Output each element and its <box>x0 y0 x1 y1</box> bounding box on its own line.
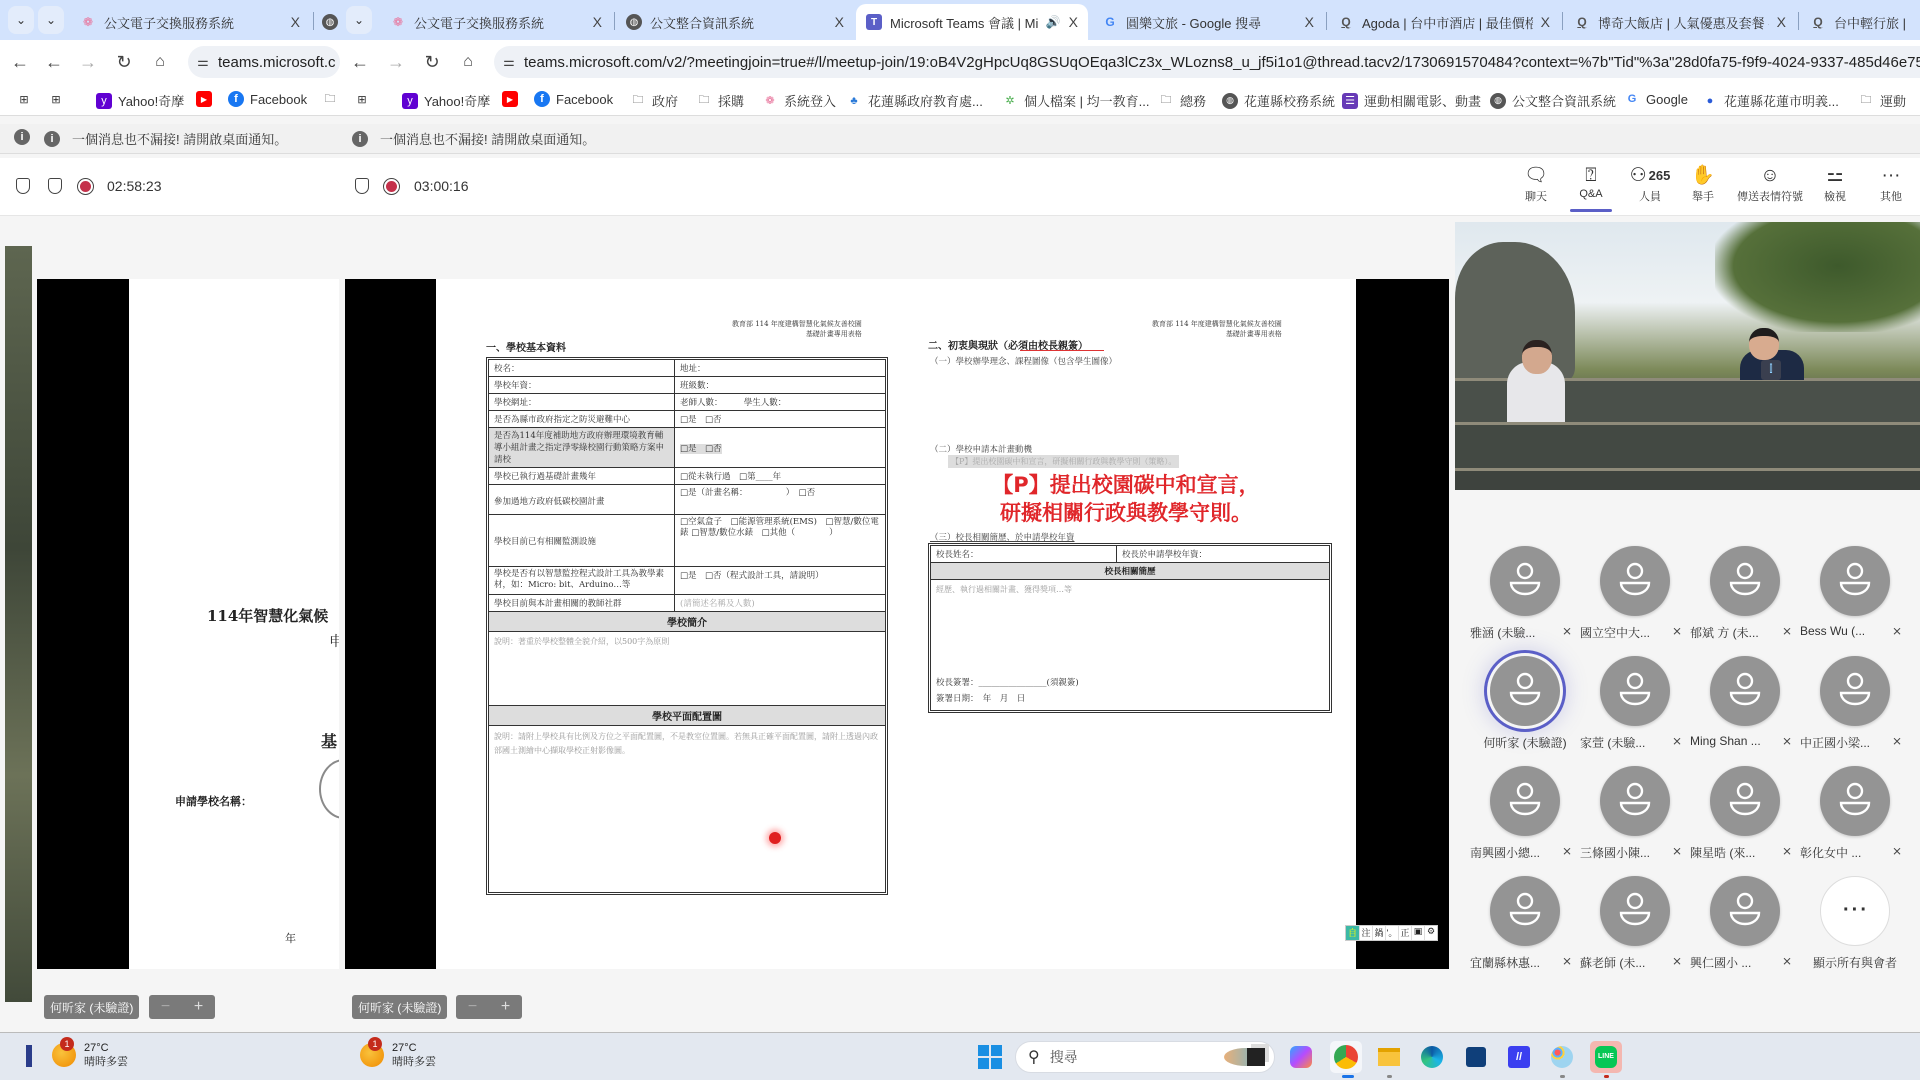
weather-icon: 1 <box>360 1043 384 1067</box>
avatar <box>1710 656 1780 726</box>
info-icon: i <box>352 131 368 147</box>
close-icon[interactable]: X <box>1305 14 1314 30</box>
chat-icon: 🗨 <box>1524 164 1548 188</box>
shield-icon <box>48 178 62 194</box>
more-icon[interactable]: ··· <box>1820 876 1890 946</box>
notification-bar: i i一個消息也不漏接! 請開啟桌面通知。 i一個消息也不漏接! 請開啟桌面通知… <box>0 124 1920 154</box>
participant-name: 何昕家 (未驗證) <box>1470 734 1580 751</box>
participant-name: 國立空中大... <box>1580 624 1670 641</box>
participant-tile[interactable]: 三條國小陳...⨯ <box>1580 766 1690 866</box>
back-button[interactable]: ← <box>42 50 66 74</box>
participant-tile[interactable]: Ming Shan ...⨯ <box>1690 656 1800 756</box>
site-info-icon[interactable]: ⚌ <box>188 54 218 70</box>
globe-icon: ◍ <box>322 14 338 30</box>
participant-tile[interactable]: 蘇老師 (未...⨯ <box>1580 876 1690 976</box>
emoji-icon: ☺ <box>1760 164 1779 188</box>
address-bar[interactable]: ⚌ teams.microsoft.com/v2/?meetingjoin=tr… <box>494 46 1920 78</box>
home-button[interactable]: ⌂ <box>148 50 172 74</box>
bookmark-school-system[interactable]: ◍花蓮縣校務系統 <box>1222 91 1335 110</box>
close-icon[interactable]: X <box>835 14 844 30</box>
edoc-icon: ❁ <box>762 93 778 109</box>
edge-icon[interactable] <box>1416 1041 1448 1073</box>
agoda-icon: Q <box>1574 14 1590 30</box>
participant-name: 郁斌 方 (未... <box>1690 624 1780 641</box>
mic-muted-icon: ⨯ <box>1892 844 1902 858</box>
meeting-toolbar: 02:58:23 03:00:16 🗨聊天 ⍰Q&A ⚇265人員 ✋舉手 ☺傳… <box>0 158 1920 216</box>
globe-icon: ◍ <box>626 14 642 30</box>
bookmark-edu[interactable]: ♣花蓮縣政府教育處... <box>846 91 983 110</box>
folder-icon: 🗀 <box>1158 93 1174 109</box>
mic-muted-icon: ⨯ <box>1562 954 1572 968</box>
avatar <box>1710 546 1780 616</box>
zoom-controls[interactable]: − + <box>149 995 215 1019</box>
cover-page: 114年智慧化氣候 申 基 申請學校名稱： 年 <box>129 279 339 969</box>
apps-icon[interactable]: ⊞ <box>354 91 376 107</box>
rock <box>1455 242 1575 382</box>
tab-search-button[interactable]: ⌄ <box>346 6 372 34</box>
forward-button[interactable]: → <box>384 50 408 74</box>
participant-name: 興仁國小 ... <box>1690 954 1780 971</box>
document-pages: 教育部 114 年度建構智慧化氣候友善校園基礎計畫專用表格 一、學校基本資料 校… <box>436 279 1356 969</box>
tab-agoda-3[interactable]: Q 台中輕行旅 | 人氣 <box>1800 4 1920 40</box>
zoom-controls[interactable]: − + <box>456 995 522 1019</box>
participant-tile[interactable]: 興仁國小 ...⨯ <box>1690 876 1800 976</box>
intro-header: 學校簡介 <box>489 612 885 632</box>
pine-tree <box>1715 222 1920 332</box>
shield-icon <box>16 178 30 194</box>
mic-muted-icon: ⨯ <box>1782 624 1792 638</box>
raise-hand-icon: ✋ <box>1691 164 1715 188</box>
meeting-timer: 02:58:23 <box>107 178 162 194</box>
participant-tile[interactable]: 彰化女中 ...⨯ <box>1800 766 1910 866</box>
close-icon[interactable]: X <box>1777 14 1786 30</box>
apps-icon[interactable]: ⊞ <box>16 91 38 107</box>
tab-teams[interactable]: T Microsoft Teams 會議 | Mi 🔊 X <box>856 4 1088 40</box>
close-icon[interactable]: X <box>593 14 602 30</box>
video-strip <box>5 246 32 1002</box>
bookmarks-bar: ⊞ ⊞ yYahoo!奇摩 ▶ fFacebook 🗀 ⊞ yYahoo!奇摩 … <box>0 84 1920 116</box>
bookmark-junyi[interactable]: ✲個人檔案 | 均一教育... <box>1002 91 1149 110</box>
search-icon: ⚲ <box>1028 1047 1040 1067</box>
avatar <box>1490 766 1560 836</box>
google-icon: G <box>1102 14 1118 30</box>
forms-icon: ☰ <box>1342 93 1358 109</box>
participant-tile[interactable]: 郁斌 方 (未...⨯ <box>1690 546 1800 646</box>
participant-name: 南興國小總... <box>1470 844 1560 861</box>
zoom-in-button[interactable]: + <box>501 998 510 1016</box>
bookmark-google[interactable]: GGoogle <box>1624 91 1688 107</box>
shield-icon <box>355 178 369 194</box>
avatar <box>1490 876 1560 946</box>
participant-tile[interactable]: 中正國小梁...⨯ <box>1800 656 1910 756</box>
school-info-table: 校名：地址： 學校年資：班級數： 學校網址：老師人數： 學生人數： 是否為縣市政… <box>486 357 888 895</box>
avatar <box>1820 766 1890 836</box>
tab-official-docs[interactable]: ◍ 公文整合資訊系統 X <box>616 4 854 40</box>
mic-muted-icon: ⨯ <box>1562 624 1572 638</box>
home-button[interactable]: ⌂ <box>456 50 480 74</box>
participant-name: 三條國小陳... <box>1580 844 1670 861</box>
mic-muted-icon: ⨯ <box>1672 734 1682 748</box>
mic-muted-icon: ⨯ <box>1782 734 1792 748</box>
bookmark-docs-system[interactable]: ◍公文整合資訊系統 <box>1490 91 1616 110</box>
zoom-out-button[interactable]: − <box>468 998 477 1016</box>
annotation-overlay: 【P】提出校園碳中和宣言，研擬相關行政與教學守則。 <box>976 471 1276 527</box>
bookmark-login[interactable]: ❁系統登入 <box>762 91 836 110</box>
audio-icon[interactable]: 🔊 <box>1046 15 1061 29</box>
participant-name: 宜蘭縣林惠... <box>1470 954 1560 971</box>
mic-muted-icon: ⨯ <box>1672 954 1682 968</box>
people-icon: ⚇265 <box>1630 164 1671 188</box>
folder-icon: 🗀 <box>696 93 712 109</box>
participant-tile[interactable]: 何昕家 (未驗證) <box>1470 656 1580 756</box>
teams-icon: T <box>866 14 882 30</box>
globe-icon: ◍ <box>1222 93 1238 109</box>
ime-toolbar[interactable]: 自 注 鍋 '。 正 ▣ ⚙ <box>1345 925 1438 941</box>
mic-muted-icon: ⨯ <box>1782 844 1792 858</box>
yahoo-icon: y <box>96 93 112 109</box>
participant-name: 彰化女中 ... <box>1800 844 1890 861</box>
bookmark-folder-gov[interactable]: 🗀政府 <box>630 91 678 110</box>
more-options-button[interactable]: ···其他 <box>1866 164 1916 210</box>
participant-name: 雅涵 (未驗... <box>1470 624 1560 641</box>
letterbox <box>37 279 129 969</box>
mic-muted-icon: ⨯ <box>1672 624 1682 638</box>
meeting-timer: 03:00:16 <box>414 178 469 194</box>
weather-widget[interactable]: 1 27°C晴時多雲 <box>360 1041 436 1069</box>
audio-indicator-icon: ⫿ <box>1761 360 1781 380</box>
avatar <box>1710 766 1780 836</box>
info-icon: i <box>44 131 60 147</box>
tab-edoc-2[interactable]: ❁ 公文電子交換服務系統 X <box>380 4 612 40</box>
app-icon[interactable]: // <box>1503 1041 1535 1073</box>
browser-toolbar: ← ← → ↻ ⌂ ⚌ teams.microsoft.c ← → ↻ ⌂ ⚌ … <box>0 40 1920 84</box>
presenter-name-badge: 何昕家 (未驗證) <box>44 995 139 1019</box>
page-header: 教育部 114 年度建構智慧化氣候友善校園基礎計畫專用表格 <box>732 319 862 339</box>
agoda-icon: Q <box>1338 14 1354 30</box>
view-button[interactable]: ⚍檢視 <box>1810 164 1860 210</box>
bookmark-mingyi[interactable]: ●花蓮縣花蓮市明義... <box>1702 91 1839 110</box>
task-view-button[interactable] <box>1240 1041 1272 1073</box>
edoc-icon: ❁ <box>80 14 96 30</box>
reload-button[interactable]: ↻ <box>112 50 136 74</box>
principal-table: 校長姓名：校長於申請學校年資： 校長相關簡歷 經歷、執行過相關計畫、獲得獎項…等… <box>928 543 1332 713</box>
avatar <box>1600 876 1670 946</box>
bookmark-sports-films[interactable]: ☰運動相關電影、動畫 <box>1342 91 1481 110</box>
chat-button[interactable]: 🗨聊天 <box>1511 164 1561 210</box>
tab-google-search[interactable]: G 圓樂文旅 - Google 搜尋 X <box>1092 4 1324 40</box>
presenter-name-badge: 何昕家 (未驗證) <box>352 995 447 1019</box>
recording-icon <box>383 178 400 195</box>
start-button[interactable] <box>974 1041 1006 1073</box>
ms-store-icon[interactable] <box>1460 1041 1492 1073</box>
laser-pointer <box>769 832 781 844</box>
site-info-icon[interactable]: ⚌ <box>494 54 524 70</box>
bookmark-facebook[interactable]: fFacebook <box>228 91 307 107</box>
participant-name: 家萱 (未驗... <box>1580 734 1670 751</box>
participant-tile[interactable]: 南興國小總...⨯ <box>1470 766 1580 866</box>
letterbox <box>1356 279 1449 969</box>
speaker-video[interactable]: ⫿ <box>1455 222 1920 490</box>
avatar <box>1490 546 1560 616</box>
yahoo-icon: y <box>402 93 418 109</box>
view-icon: ⚍ <box>1826 164 1843 188</box>
mic-muted-icon: ⨯ <box>1562 844 1572 858</box>
bookmark-yahoo[interactable]: yYahoo!奇摩 <box>96 91 184 110</box>
chrome-icon[interactable] <box>1330 1041 1362 1073</box>
edoc-icon: ❁ <box>390 14 406 30</box>
mic-muted-icon: ⨯ <box>1782 954 1792 968</box>
mic-muted-icon: ⨯ <box>1892 624 1902 638</box>
avatar <box>1600 766 1670 836</box>
tab-globe[interactable]: ◍ <box>316 4 348 40</box>
file-explorer-icon[interactable] <box>1373 1041 1405 1073</box>
close-icon[interactable]: X <box>1541 14 1550 30</box>
agoda-icon: Q <box>1810 14 1826 30</box>
participant-tile[interactable]: 雅涵 (未驗...⨯ <box>1470 546 1580 646</box>
notification-message[interactable]: i一個消息也不漏接! 請開啟桌面通知。 <box>352 129 595 148</box>
folder-icon[interactable]: 🗀 <box>322 91 344 107</box>
page-header: 教育部 114 年度建構智慧化氣候友善校園基礎計畫專用表格 <box>1152 319 1282 339</box>
junyi-icon: ✲ <box>1002 93 1018 109</box>
folder-icon: 🗀 <box>630 93 646 109</box>
tab-search-button[interactable]: ⌄ <box>38 6 64 34</box>
avatar <box>1710 876 1780 946</box>
people-button[interactable]: ⚇265人員 <box>1624 164 1676 210</box>
paint-icon[interactable] <box>1546 1041 1578 1073</box>
bookmark-youtube[interactable]: ▶ <box>502 91 524 107</box>
mic-muted-icon: ⨯ <box>1672 844 1682 858</box>
participant-tile[interactable]: 宜蘭縣林惠...⨯ <box>1470 876 1580 976</box>
participant-tile[interactable]: 國立空中大...⨯ <box>1580 546 1690 646</box>
zoom-in-button[interactable]: + <box>194 998 203 1016</box>
bookmark-folder-procure[interactable]: 🗀採購 <box>696 91 744 110</box>
line-icon[interactable]: LINE <box>1590 1041 1622 1073</box>
participant-tile[interactable]: Bess Wu (...⨯ <box>1800 546 1910 646</box>
section-title: 一、學校基本資料 <box>486 339 566 354</box>
bookmark-folder-general[interactable]: 🗀總務 <box>1158 91 1206 110</box>
more-icon: ··· <box>1882 164 1901 188</box>
address-bar[interactable]: ⚌ teams.microsoft.c <box>188 46 340 78</box>
send-reaction-button[interactable]: ☺傳送表情符號 <box>1730 164 1810 210</box>
weather-widget[interactable]: 1 27°C晴時多雲 <box>52 1041 128 1069</box>
red-underline <box>1020 350 1104 351</box>
qna-icon: ⍰ <box>1585 164 1596 188</box>
school-icon: ● <box>1702 93 1718 109</box>
avatar <box>1820 656 1890 726</box>
reload-button[interactable]: ↻ <box>420 50 444 74</box>
facebook-icon: f <box>228 91 244 107</box>
avatar <box>1600 656 1670 726</box>
copilot-icon[interactable] <box>1285 1041 1317 1073</box>
close-icon[interactable]: X <box>291 14 300 30</box>
edu-icon: ♣ <box>846 93 862 109</box>
mic-muted-icon: ⨯ <box>1892 734 1902 748</box>
participant-name: 蘇老師 (未... <box>1580 954 1670 971</box>
participant-name: 中正國小梁... <box>1800 734 1890 751</box>
facebook-icon: f <box>534 91 550 107</box>
close-icon[interactable]: X <box>1069 14 1078 30</box>
ministry-logo <box>319 759 339 819</box>
shared-screen-stage: 114年智慧化氣候 申 基 申請學校名稱： 年 教育部 114 年度建構智慧化氣… <box>0 216 1455 1010</box>
bookmark-facebook[interactable]: fFacebook <box>534 91 613 107</box>
back-button[interactable]: ← <box>348 50 372 74</box>
qna-button[interactable]: ⍰Q&A <box>1566 164 1616 210</box>
apps-icon[interactable]: ⊞ <box>48 91 70 107</box>
show-all-participants-button[interactable]: ···顯示所有與會者 <box>1800 876 1910 976</box>
weather-icon: 1 <box>52 1043 76 1067</box>
recording-icon <box>77 178 94 195</box>
tab-edoc-1[interactable]: ❁ 公文電子交換服務系統 X <box>70 4 310 40</box>
forward-button[interactable]: → <box>76 50 100 74</box>
notification-message[interactable]: i一個消息也不漏接! 請開啟桌面通知。 <box>44 129 287 148</box>
participant-tile[interactable]: 陳星晧 (來...⨯ <box>1690 766 1800 866</box>
zoom-out-button[interactable]: − <box>161 998 170 1016</box>
app-icon-partial <box>26 1045 32 1067</box>
globe-icon: ◍ <box>1490 93 1506 109</box>
youtube-icon: ▶ <box>502 91 518 107</box>
browser-tab-strip: ⌄ ⌄ ❁ 公文電子交換服務系統 X ◍ ⌄ ❁ 公文電子交換服務系統 X ◍ … <box>0 0 1920 40</box>
letterbox <box>345 279 436 969</box>
youtube-icon: ▶ <box>196 91 212 107</box>
raise-hand-button[interactable]: ✋舉手 <box>1678 164 1728 210</box>
bookmark-folder-sports[interactable]: 🗀運動 <box>1858 91 1906 110</box>
layout-header: 學校平面配置圖 <box>489 706 885 726</box>
tab-search-button[interactable]: ⌄ <box>8 6 34 34</box>
tab-agoda-1[interactable]: Q Agoda | 台中市酒店 | 最佳價格 X <box>1328 4 1560 40</box>
participant-name: 陳星晧 (來... <box>1690 844 1780 861</box>
bookmark-yahoo[interactable]: yYahoo!奇摩 <box>402 91 490 110</box>
taskbar-search[interactable]: ⚲ 搜尋 <box>1015 1041 1275 1073</box>
participant-tile[interactable]: 家萱 (未驗...⨯ <box>1580 656 1690 756</box>
avatar <box>1600 546 1670 616</box>
info-icon: i <box>14 129 42 145</box>
participant-name: Bess Wu (... <box>1800 624 1890 638</box>
back-button[interactable]: ← <box>8 50 32 74</box>
tab-agoda-2[interactable]: Q 博奇大飯店 | 人氣優惠及套餐 - X <box>1564 4 1796 40</box>
avatar <box>1490 656 1560 726</box>
folder-icon: 🗀 <box>1858 93 1874 109</box>
participant-name: Ming Shan ... <box>1690 734 1780 748</box>
windows-taskbar: 1 27°C晴時多雲 1 27°C晴時多雲 ⚲ 搜尋 // LINE <box>0 1032 1920 1080</box>
bookmark-youtube[interactable]: ▶ <box>196 91 218 107</box>
google-icon: G <box>1624 91 1640 107</box>
avatar <box>1820 546 1890 616</box>
